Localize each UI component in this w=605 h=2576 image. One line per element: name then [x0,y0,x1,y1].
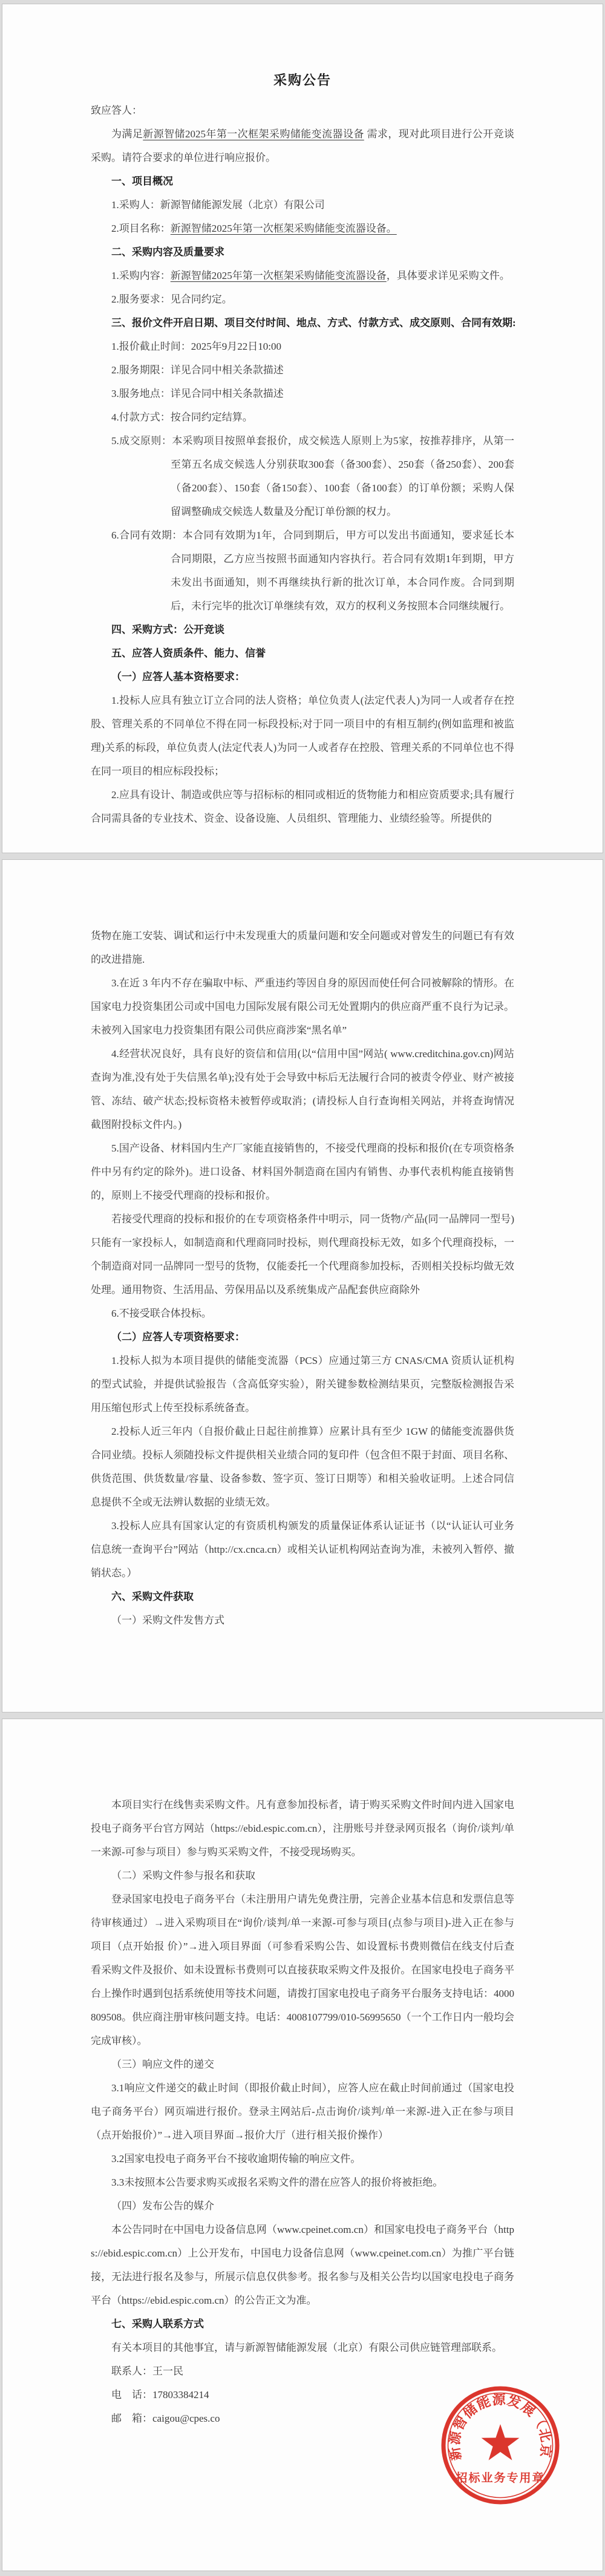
underlined-text: 新源智储2025年第一次框架采购储能变流器设备。 [171,223,397,234]
section-heading: 一、项目概况 [91,169,514,193]
paragraph: 2.应具有设计、制造或供应等与招标标的相同或相近的货物能力和相应资质要求;具有履… [91,783,514,830]
paragraph: 5.国产设备、材料国内生产厂家能直接销售的，不接受代理商的投标和报价(在专项资格… [91,1136,514,1207]
seal-star-icon [482,2424,520,2460]
paragraph: 登录国家电投电子商务平台（未注册用户请先免费注册，完善企业基本信息和发票信息等待… [91,1887,514,2053]
document-page-3: 本项目实行在线售卖采购文件。凡有意参加投标者，请于购买采购文件时间内进入国家电投… [2,1719,603,2571]
paragraph: 1.投标人应具有独立订立合同的法人资格；单位负责人(法定代表人)为同一人或者存在… [91,689,514,783]
paragraph: 为满足新源智储2025年第一次框架采购储能变流器设备 需求，现对此项目进行公开竞… [91,122,514,169]
paragraph: 1.采购人：新源智储能源发展（北京）有限公司 [91,193,514,217]
paragraph: 3.1响应文件递交的截止时间（即报价截止时间），应答人应在截止时间前通过（国家电… [91,2076,514,2147]
paragraph: 本公告同时在中国电力设备信息网（www.cpeinet.com.cn）和国家电投… [91,2218,514,2312]
paragraph: （二）采购文件参与报名和获取 [91,1864,514,1887]
paragraph: 3.3未按照本公告要求购买或报名采购文件的潜在应答人的报价将被拒绝。 [91,2171,514,2194]
paragraph: 3.在近 3 年内不存在骗取中标、严重违约等因自身的原因而使任何合同被解除的情形… [91,971,514,1042]
paragraph: 若接受代理商的投标和报价的在专项资格条件中明示，同一货物/产品(同一品牌同一型号… [91,1207,514,1302]
company-seal-graphic: 新源智储能源发展（北京）有限公司 招标业务专用章 [440,2385,561,2506]
paragraph: 致应答人： [91,99,514,122]
document-title: 采购公告 [91,68,514,92]
document: 采购公告致应答人：为满足新源智储2025年第一次框架采购储能变流器设备 需求，现… [0,0,605,2571]
paragraph: 2.服务要求：见合同约定。 [91,287,514,311]
paragraph: （三）响应文件的递交 [91,2053,514,2076]
paragraph: 有关本项目的其他事宜，请与新源智储能源发展（北京）有限公司供应链管理部联系。 [91,2336,514,2359]
paragraph: 2.服务期限：详见合同中相关条款描述 [91,358,514,382]
paragraph: 货物在施工安装、调试和运行中未发现重大的质量问题和安全问题或对曾发生的问题已有有… [91,924,514,971]
paragraph: 本项目实行在线售卖采购文件。凡有意参加投标者，请于购买采购文件时间内进入国家电投… [91,1793,514,1864]
document-page-1: 采购公告致应答人：为满足新源智储2025年第一次框架采购储能变流器设备 需求，现… [2,4,603,853]
text-segment: ，具体要求详见采购文件。 [387,270,510,281]
paragraph: 3.服务地点：详见合同中相关条款描述 [91,382,514,405]
seal-bottom-text: 招标业务专用章 [456,2471,544,2485]
paragraph: 4.付款方式：按合同约定结算。 [91,405,514,429]
paragraph: 3.投标人应具有国家认定的有资质机构颁发的质量保证体系认证证书（以“认证认可业务… [91,1514,514,1585]
paragraph: 1.报价截止时间：2025年9月22日10:00 [91,335,514,358]
paragraph: 联系人：王一民 [91,2359,514,2383]
section-heading: 七、采购人联系方式 [91,2312,514,2336]
text-segment: 2.项目名称： [111,223,171,234]
section-heading: 五、应答人资质条件、能力、信誉 [91,641,514,665]
paragraph: 5.成交原则：本采购项目按照单套报价，成交候选人原则上为5家，按推荐排序，从第一… [91,429,514,523]
paragraph: 6.合同有效期：本合同有效期为1年，合同到期后，甲方可以发出书面通知，要求延长本… [91,523,514,618]
paragraph: （一）采购文件发售方式 [91,1608,514,1632]
paragraph: 2.项目名称：新源智储2025年第一次框架采购储能变流器设备。 [91,217,514,240]
section-heading: （一）应答人基本资格要求： [91,665,514,689]
paragraph: 2.投标人近三年内（自报价截止日起往前推算）应累计具有至少 1GW 的储能变流器… [91,1420,514,1514]
section-heading: 三、报价文件开启日期、项目交付时间、地点、方式、付款方式、成交原则、合同有效期: [91,311,514,335]
company-seal: 新源智储能源发展（北京）有限公司 招标业务专用章 [440,2385,561,2506]
section-heading: 六、采购文件获取 [91,1585,514,1608]
paragraph: 1.投标人拟为本项目提供的储能变流器（PCS）应通过第三方 CNAS/CMA 资… [91,1349,514,1420]
underlined-text: 新源智储2025年第一次框架采购储能变流器设备 [171,270,387,281]
section-heading: 四、采购方式：公开竞谈 [91,618,514,641]
paragraph: 6.不接受联合体投标。 [91,1302,514,1325]
paragraph: 4.经营状况良好，具有良好的资信和信用(以“信用中国”网站( www.credi… [91,1042,514,1136]
underlined-text: 新源智储2025年第一次框架采购储能变流器设备 [143,128,364,140]
text-segment: 为满足 [111,128,143,140]
paragraph: （四）发布公告的媒介 [91,2194,514,2218]
document-page-2: 货物在施工安装、调试和运行中未发现重大的质量问题和安全问题或对曾发生的问题已有有… [2,859,603,1712]
paragraph: 1.采购内容：新源智储2025年第一次框架采购储能变流器设备，具体要求详见采购文… [91,264,514,287]
paragraph: 3.2国家电投电子商务平台不接收逾期传输的响应文件。 [91,2147,514,2171]
section-heading: （二）应答人专项资格要求： [91,1325,514,1349]
section-heading: 二、采购内容及质量要求 [91,240,514,264]
text-segment: 1.采购内容： [111,270,171,281]
